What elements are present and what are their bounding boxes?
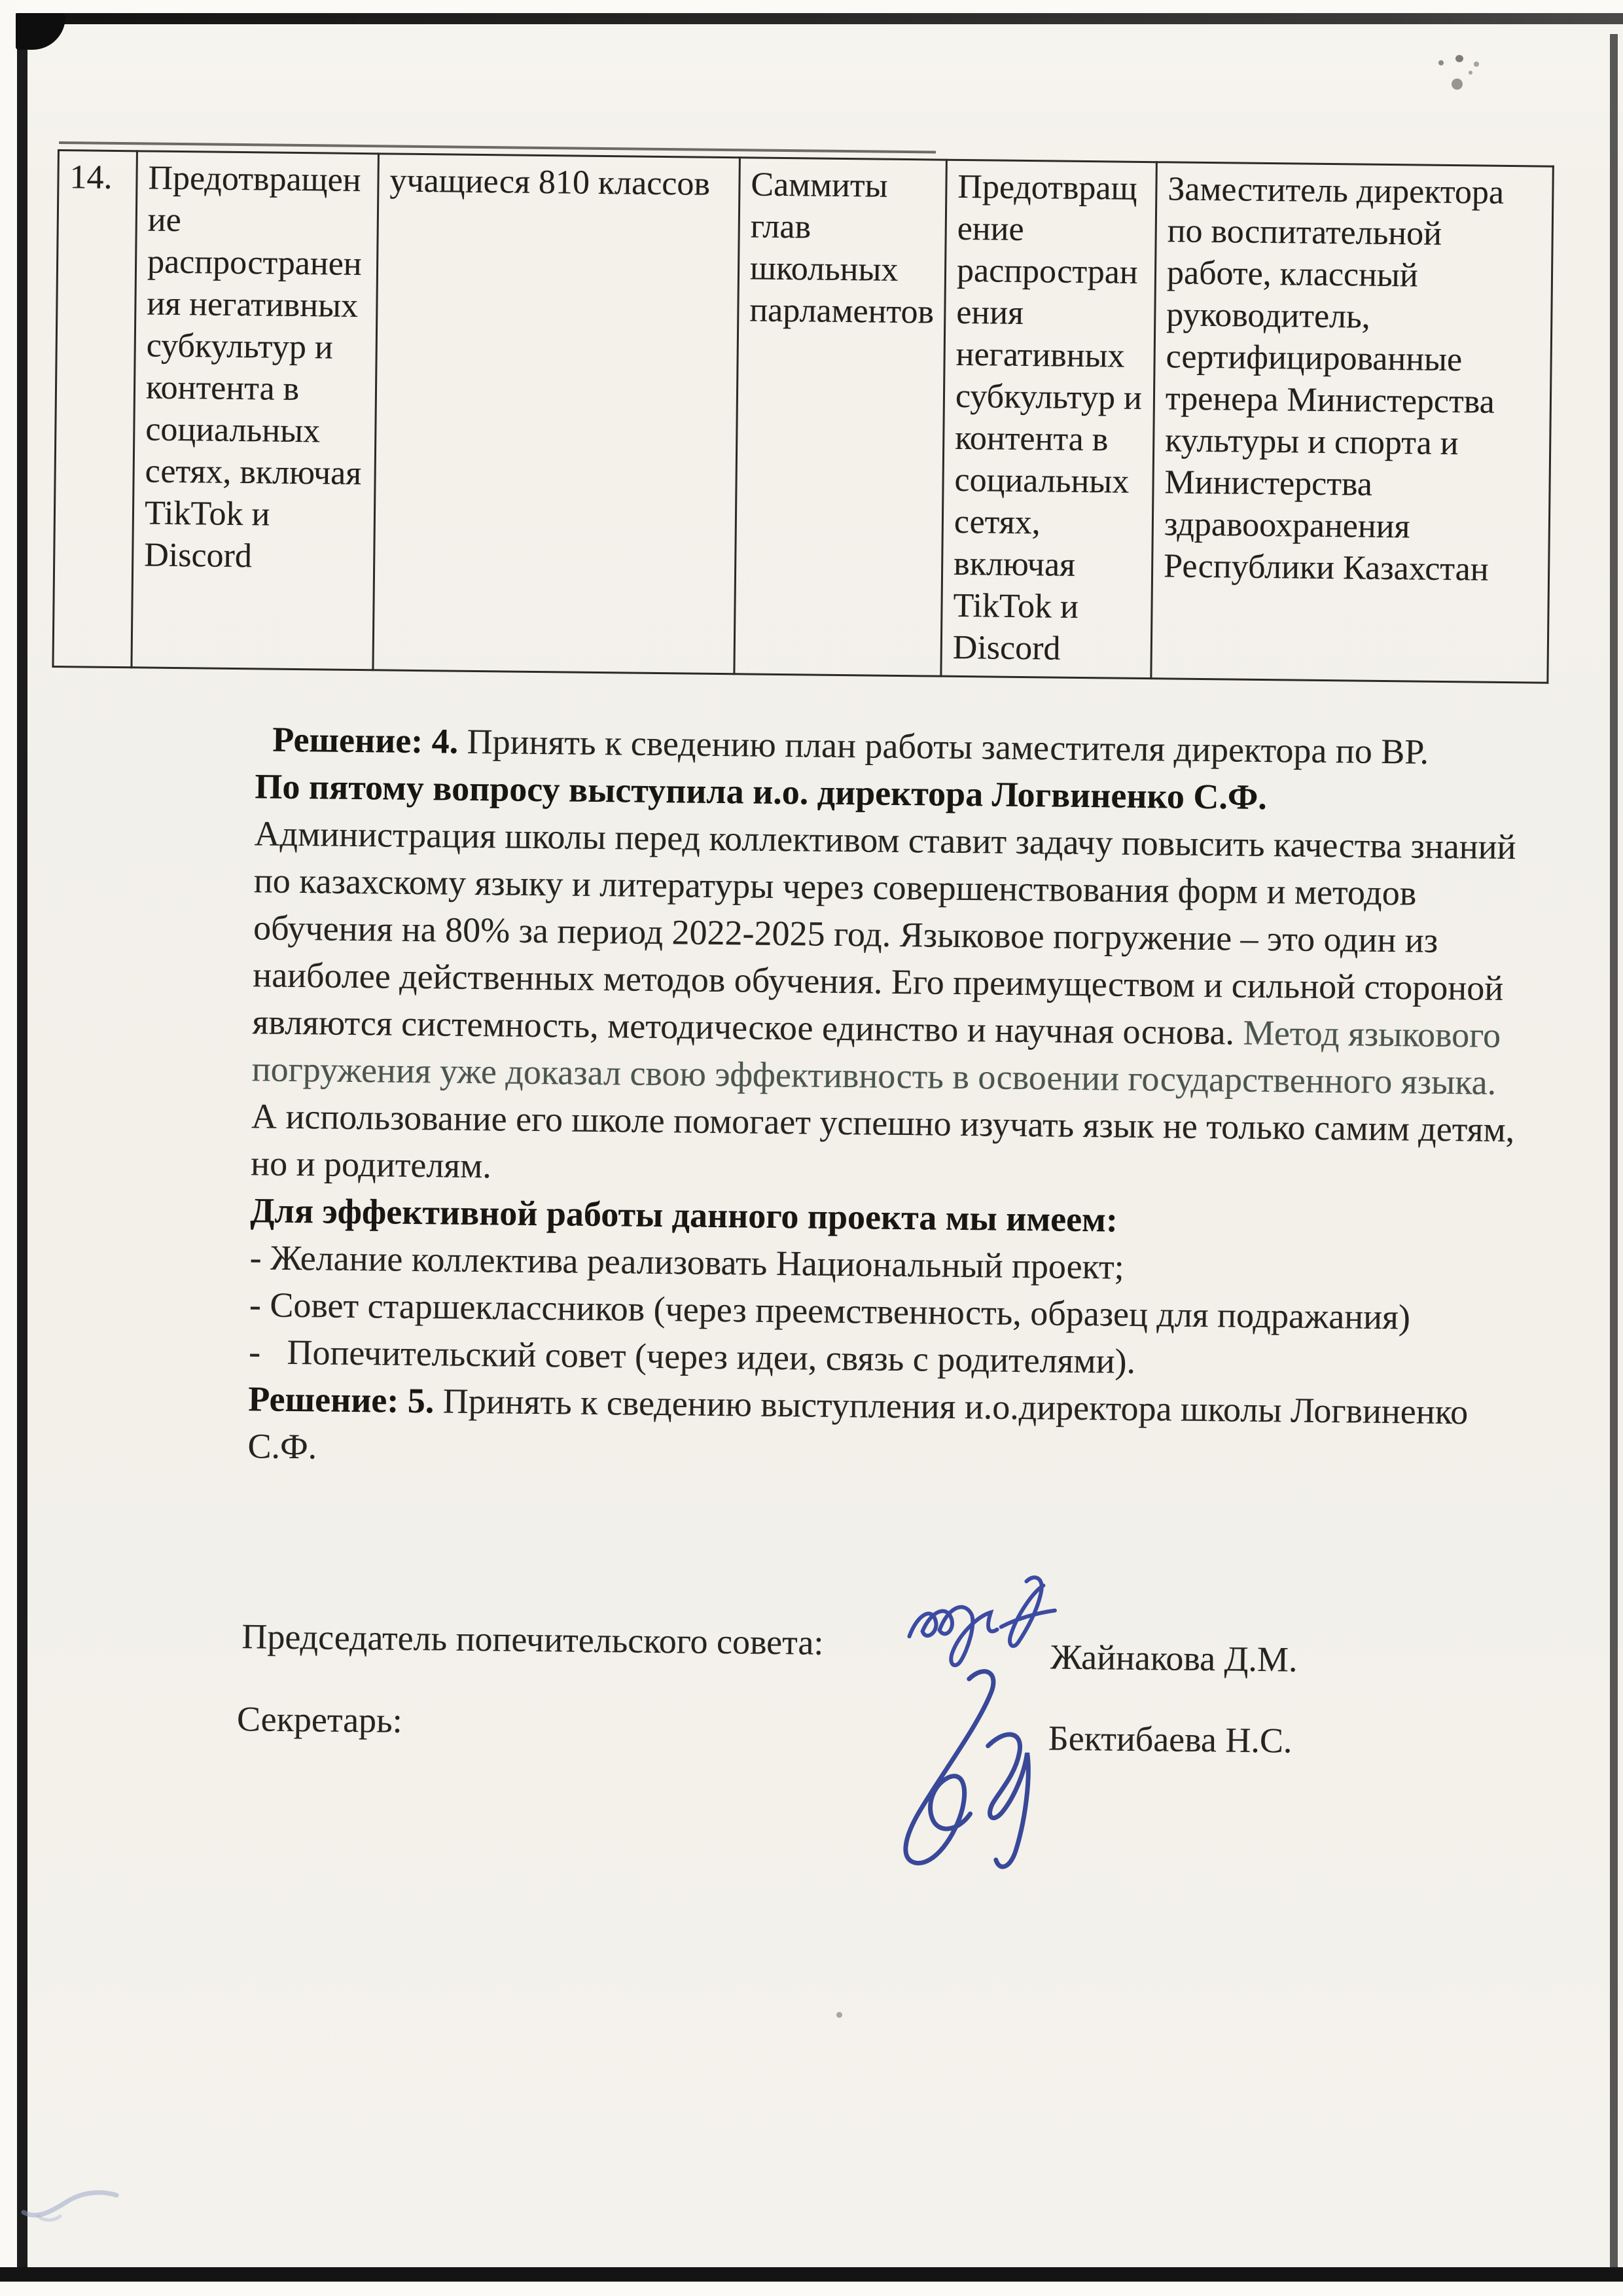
task-cell: Предотвращение распространения негативны… — [132, 151, 379, 670]
secretary-label: Секретарь: — [237, 1698, 402, 1741]
row-number-cell: 14. — [53, 151, 137, 668]
scan-corner-wedge — [16, 13, 65, 50]
ink-speck — [1469, 71, 1472, 75]
ink-speck — [1452, 79, 1463, 90]
ink-speck — [1455, 55, 1463, 62]
scanned-document-page: 14. Предотвращение распространения негат… — [0, 0, 1623, 2296]
secretary-signature — [868, 1659, 1100, 1884]
scan-edge-top — [16, 13, 1623, 24]
secretary-name: Бектибаева Н.С. — [1048, 1718, 1292, 1761]
scan-edge-right — [1610, 34, 1618, 2270]
decision-5-label: Решение: 5. — [248, 1379, 435, 1420]
format-text: Саммиты глав школьных парламентов — [749, 164, 936, 333]
main-paragraph: Администрация школы перед коллективом ст… — [251, 810, 1539, 1106]
row-number: 14. — [69, 156, 127, 199]
usage-paragraph: А использование его школе помогает успеш… — [251, 1092, 1535, 1200]
document-content: 14. Предотвращение распространения негат… — [35, 149, 1562, 2195]
expected-result-cell: Предотвращение распространения негативны… — [941, 160, 1157, 678]
scan-edge-top-light — [0, 0, 1623, 13]
ink-speck — [1474, 62, 1479, 67]
table-row: 14. Предотвращение распространения негат… — [53, 151, 1553, 683]
responsible-cell: Заместитель директора по воспитательной … — [1151, 162, 1554, 683]
decision-4-text: Принять к сведению план работы заместите… — [458, 722, 1429, 772]
decision-5-paragraph: Решение: 5. Принять к сведению выступлен… — [247, 1375, 1532, 1483]
pen-smudge — [18, 2170, 136, 2233]
plan-table: 14. Предотвращение распространения негат… — [52, 149, 1554, 684]
responsible-text: Заместитель директора по воспитательной … — [1164, 168, 1543, 591]
decision-4-label: Решение: 4. — [272, 720, 459, 761]
task-text: Предотвращение распространения негативны… — [144, 158, 368, 579]
protocol-body: Решение: 4. Принять к сведению план рабо… — [247, 715, 1539, 1483]
expected-result-text: Предотвращение распространения негативны… — [952, 166, 1146, 671]
scan-edge-left — [17, 16, 27, 2272]
chairman-label: Председатель попечительского совета: — [241, 1616, 824, 1663]
participants-cell: учащиеся 810 классов — [373, 154, 740, 674]
scan-edge-bottom — [0, 2267, 1623, 2282]
scan-edge-left-light — [0, 0, 17, 2296]
participants-text: учащиеся 810 классов — [389, 160, 730, 206]
format-cell: Саммиты глав школьных парламентов — [734, 158, 947, 676]
ink-speck — [1438, 60, 1444, 65]
scan-edge-bottom-light — [0, 2282, 1623, 2296]
